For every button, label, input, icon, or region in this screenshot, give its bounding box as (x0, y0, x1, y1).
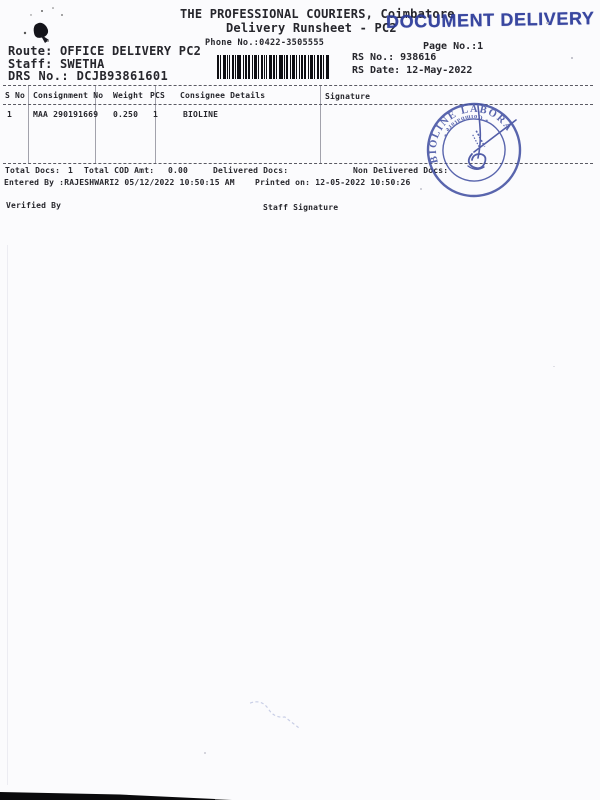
header-consignee-details: Consignee Details (180, 91, 265, 100)
total-cod-label: Total COD Amt: (84, 166, 154, 175)
verified-by-label: Verified By (6, 201, 61, 210)
header-pcs: PCS (150, 91, 165, 100)
document-delivery-stamp: DOCUMENT DELIVERY (386, 8, 595, 33)
scan-speck (553, 366, 555, 367)
bioline-round-stamp: BIOLINE LABORATRY * Coimbatore * (424, 100, 524, 200)
header-s-no: S No (5, 91, 25, 100)
blue-smudge-artifact (242, 693, 311, 738)
row-pcs: 1 (153, 110, 158, 119)
column-divider (28, 86, 29, 163)
ink-blot-artifact (16, 3, 70, 45)
route-line: Route: OFFICE DELIVERY PC2 (8, 44, 201, 58)
scan-speck (420, 188, 422, 190)
scan-speck (204, 752, 206, 754)
drs-number-line: DRS No.: DCJB93861601 (8, 69, 168, 83)
header-consignment-no: Consignment No (33, 91, 103, 100)
phone-number: Phone No.:0422-3505555 (205, 38, 324, 48)
header-weight: Weight (113, 91, 143, 100)
entered-by-line: Entered By :RAJESHWARI2 05/12/2022 10:50… (4, 178, 235, 187)
total-docs-label: Total Docs: (5, 166, 60, 175)
column-divider (320, 86, 321, 163)
delivered-docs-label: Delivered Docs: (213, 166, 288, 175)
row-weight: 0.250 (113, 110, 138, 119)
header-signature: Signature (325, 92, 370, 101)
scanned-delivery-runsheet: THE PROFESSIONAL COURIERS, Coimbatore De… (0, 0, 600, 800)
row-consignee: BIOLINE (183, 110, 218, 119)
rs-date: RS Date: 12-May-2022 (352, 65, 472, 76)
row-consignment-no: MAA 290191669 (33, 110, 98, 119)
scan-edge-line (7, 245, 8, 785)
runsheet-title: Delivery Runsheet - PC2 (226, 21, 397, 35)
staff-signature-label: Staff Signature (263, 203, 338, 212)
scan-speck (571, 57, 573, 59)
page-number: Page No.:1 (423, 41, 483, 52)
rs-number: RS No.: 938616 (352, 52, 436, 63)
scan-edge-artifact (0, 788, 600, 800)
barcode (217, 55, 337, 79)
printed-on-line: Printed on: 12-05-2022 10:50:26 (255, 178, 411, 187)
scan-speck (546, 22, 549, 24)
table-top-rule (3, 85, 593, 86)
total-docs-value: 1 (68, 166, 73, 175)
row-s-no: 1 (7, 110, 12, 119)
total-cod-value: 0.00 (168, 166, 188, 175)
